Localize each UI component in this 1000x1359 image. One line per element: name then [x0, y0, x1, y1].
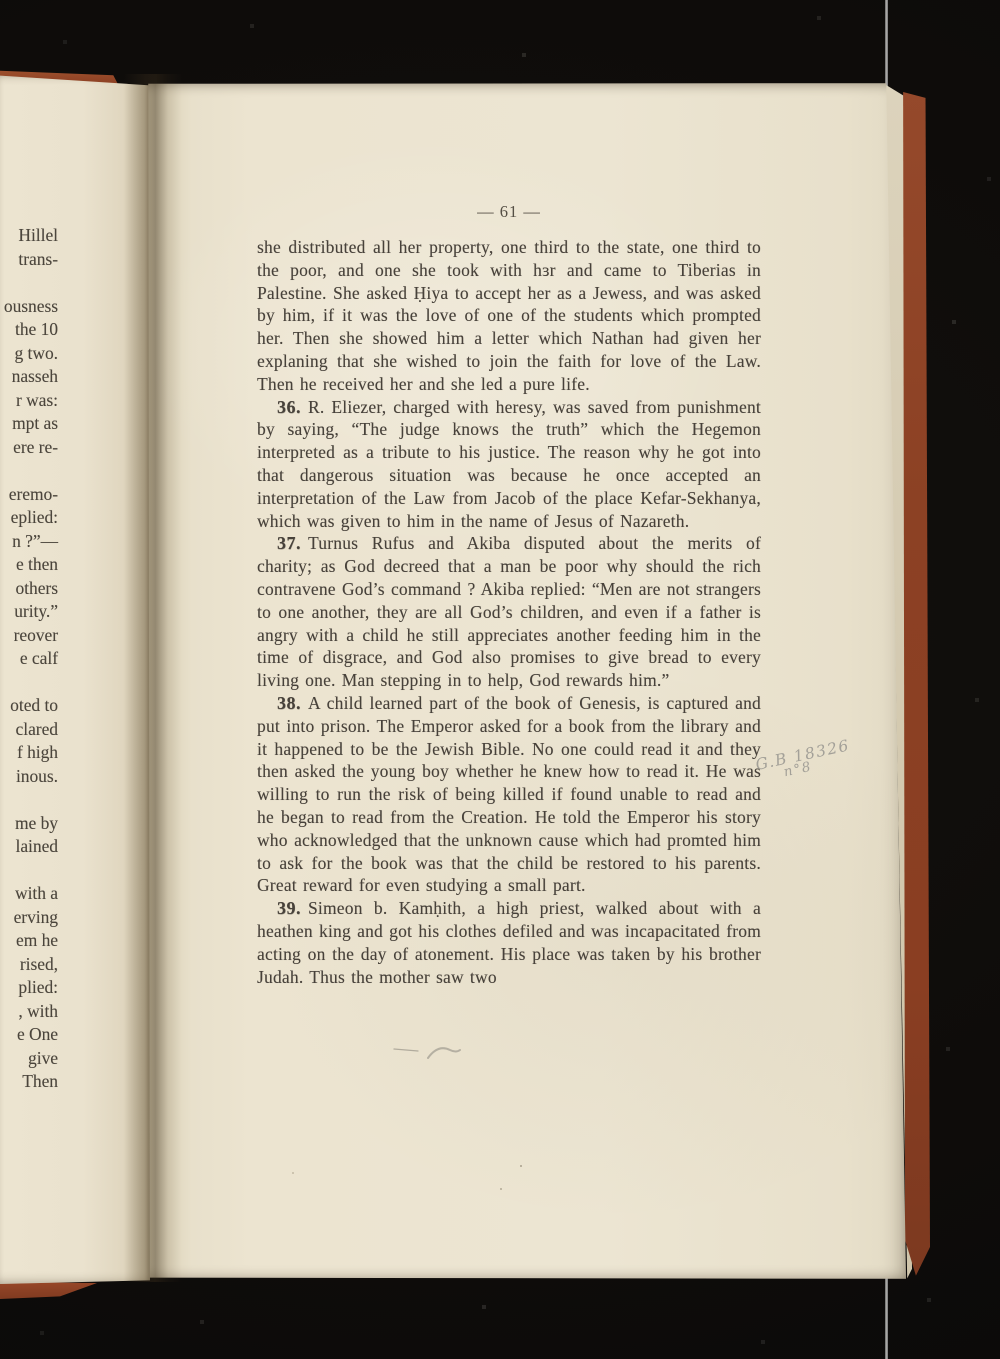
left-page-fragment: the 10	[0, 318, 58, 342]
left-page-fragment: g two.	[0, 342, 58, 366]
pencil-mark	[388, 1038, 468, 1064]
paragraph-continuation: she distributed all her property, one th…	[257, 236, 761, 396]
left-page-fragment: rised,	[0, 953, 58, 977]
left-page-fragment: urity.”	[0, 600, 58, 624]
left-page-fragment: Then	[0, 1070, 58, 1094]
left-page: Hilleltrans-ousnessthe 10g two.nassehr w…	[0, 72, 150, 1284]
paragraph-text: Turnus Rufus and Akiba disputed about th…	[257, 533, 761, 690]
left-page-fragment: ere re-	[0, 436, 58, 460]
left-page-fragment: em he	[0, 929, 58, 953]
left-page-fragment: reover	[0, 624, 58, 648]
left-page-fragment: plied:	[0, 976, 58, 1000]
left-page-fragments: Hilleltrans-ousnessthe 10g two.nassehr w…	[0, 224, 58, 1094]
left-page-fragment	[0, 271, 58, 295]
left-page-fragment: eremo-	[0, 483, 58, 507]
left-page-fragment: erving	[0, 906, 58, 930]
paragraph-text: A child learned part of the book of Gene…	[257, 693, 761, 895]
left-page-fragment: , with	[0, 1000, 58, 1024]
paragraph-text: she distributed all her property, one th…	[257, 237, 761, 394]
paragraph-38: 38.A child learned part of the book of G…	[257, 692, 761, 897]
paragraph-39: 39.Simeon b. Kamḥith, a high priest, wal…	[257, 897, 761, 988]
left-page-fragment: inous.	[0, 765, 58, 789]
left-page-fragment: lained	[0, 835, 58, 859]
left-page-fragment: with a	[0, 882, 58, 906]
paragraph-37: 37.Turnus Rufus and Akiba disputed about…	[257, 532, 761, 692]
left-page-fragment: trans-	[0, 248, 58, 272]
left-page-fragment: r was:	[0, 389, 58, 413]
left-page-fragment: e calf	[0, 647, 58, 671]
paragraph-number: 38.	[277, 693, 301, 713]
left-page-fragment: Hillel	[0, 224, 58, 248]
page-number: — 61 —	[257, 202, 761, 222]
left-page-fragment: mpt as	[0, 412, 58, 436]
paragraph-text: Simeon b. Kamḥith, a high priest, walked…	[257, 898, 761, 986]
left-page-fragment: oted to	[0, 694, 58, 718]
left-page-fragment: e then	[0, 553, 58, 577]
left-page-fragment: n ?”—	[0, 530, 58, 554]
left-page-fragment: eplied:	[0, 506, 58, 530]
left-page-fragment: f high	[0, 741, 58, 765]
page-body-text: she distributed all her property, one th…	[257, 236, 761, 988]
left-page-fragment: ousness	[0, 295, 58, 319]
left-page-fragment: nasseh	[0, 365, 58, 389]
paragraph-36: 36.R. Eliezer, charged with heresy, was …	[257, 396, 761, 533]
left-page-fragment	[0, 788, 58, 812]
left-page-fragment	[0, 459, 58, 483]
book-photo-scene: Hilleltrans-ousnessthe 10g two.nassehr w…	[0, 0, 1000, 1359]
paragraph-number: 37.	[277, 533, 301, 553]
left-page-fragment	[0, 671, 58, 695]
left-page-fragment: give	[0, 1047, 58, 1071]
left-page-fragment	[0, 859, 58, 883]
paragraph-number: 36.	[277, 397, 301, 417]
paragraph-number: 39.	[277, 898, 301, 918]
left-page-fragment: others	[0, 577, 58, 601]
left-page-fragment: me by	[0, 812, 58, 836]
left-page-fragment: e One	[0, 1023, 58, 1047]
page-specks	[0, 0, 2, 2]
left-page-fragment: clared	[0, 718, 58, 742]
paragraph-text: R. Eliezer, charged with heresy, was sav…	[257, 397, 761, 531]
